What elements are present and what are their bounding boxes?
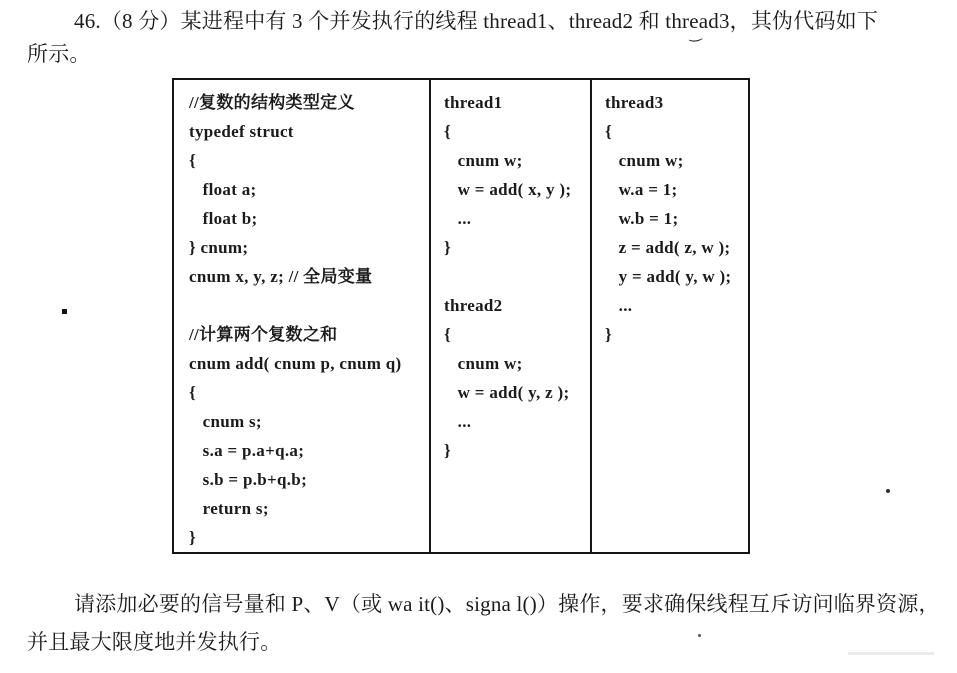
scan-artifact-dot (886, 489, 890, 493)
code-line: cnum w; (605, 146, 748, 175)
code-line: cnum s; (189, 407, 429, 436)
code-line: ... (605, 291, 748, 320)
code-line: } (444, 233, 590, 262)
code-line: } (605, 320, 748, 349)
pseudocode-box: //复数的结构类型定义typedef struct{ float a; floa… (172, 78, 750, 554)
question-intro-line2: 所示。 (27, 41, 91, 67)
code-column-thread1-thread2: thread1{ cnum w; w = add( x, y ); ...}th… (429, 80, 590, 552)
code-line: float b; (189, 204, 429, 233)
code-line: thread3 (605, 88, 748, 117)
code-line: { (605, 117, 748, 146)
scan-artifact-bar (848, 652, 934, 655)
code-line: } (444, 436, 590, 465)
code-line: { (444, 117, 590, 146)
code-column-thread3: thread3{ cnum w; w.a = 1; w.b = 1; z = a… (590, 80, 748, 552)
code-line: z = add( z, w ); (605, 233, 748, 262)
scan-artifact-dot (698, 634, 701, 637)
code-line: float a; (189, 175, 429, 204)
code-line (444, 262, 590, 291)
question-intro-line1: 46.（8 分）某进程中有 3 个并发执行的线程 thread1、thread2… (74, 8, 878, 34)
code-line: } (189, 523, 429, 552)
scanned-exam-page: { "colors": { "text": "#1b1b1b", "border… (0, 0, 957, 673)
code-line: //复数的结构类型定义 (189, 88, 429, 117)
code-line: thread1 (444, 88, 590, 117)
code-line: w = add( x, y ); (444, 175, 590, 204)
question-footer-line2: 并且最大限度地并发执行。 (27, 629, 281, 655)
code-line: thread2 (444, 291, 590, 320)
scan-artifact-dot (62, 309, 67, 314)
code-line: cnum w; (444, 146, 590, 175)
code-line: cnum w; (444, 349, 590, 378)
code-column-definitions: //复数的结构类型定义typedef struct{ float a; floa… (174, 80, 429, 552)
code-line: w.a = 1; (605, 175, 748, 204)
code-line: w.b = 1; (605, 204, 748, 233)
code-line: return s; (189, 494, 429, 523)
code-line: y = add( y, w ); (605, 262, 748, 291)
code-line: w = add( y, z ); (444, 378, 590, 407)
code-line: ... (444, 407, 590, 436)
code-line: ... (444, 204, 590, 233)
code-line: //计算两个复数之和 (189, 320, 429, 349)
code-line: { (444, 320, 590, 349)
code-line: cnum x, y, z; // 全局变量 (189, 262, 429, 291)
code-line: typedef struct (189, 117, 429, 146)
code-line: { (189, 378, 429, 407)
code-line: cnum add( cnum p, cnum q) (189, 349, 429, 378)
code-line: { (189, 146, 429, 175)
code-line (189, 291, 429, 320)
code-line: } cnum; (189, 233, 429, 262)
question-footer-line1: 请添加必要的信号量和 P、V（或 wa it()、signa l()）操作，要求… (74, 591, 940, 617)
scan-artifact-curl: ‿ (688, 23, 702, 43)
code-line: s.b = p.b+q.b; (189, 465, 429, 494)
code-line: s.a = p.a+q.a; (189, 436, 429, 465)
